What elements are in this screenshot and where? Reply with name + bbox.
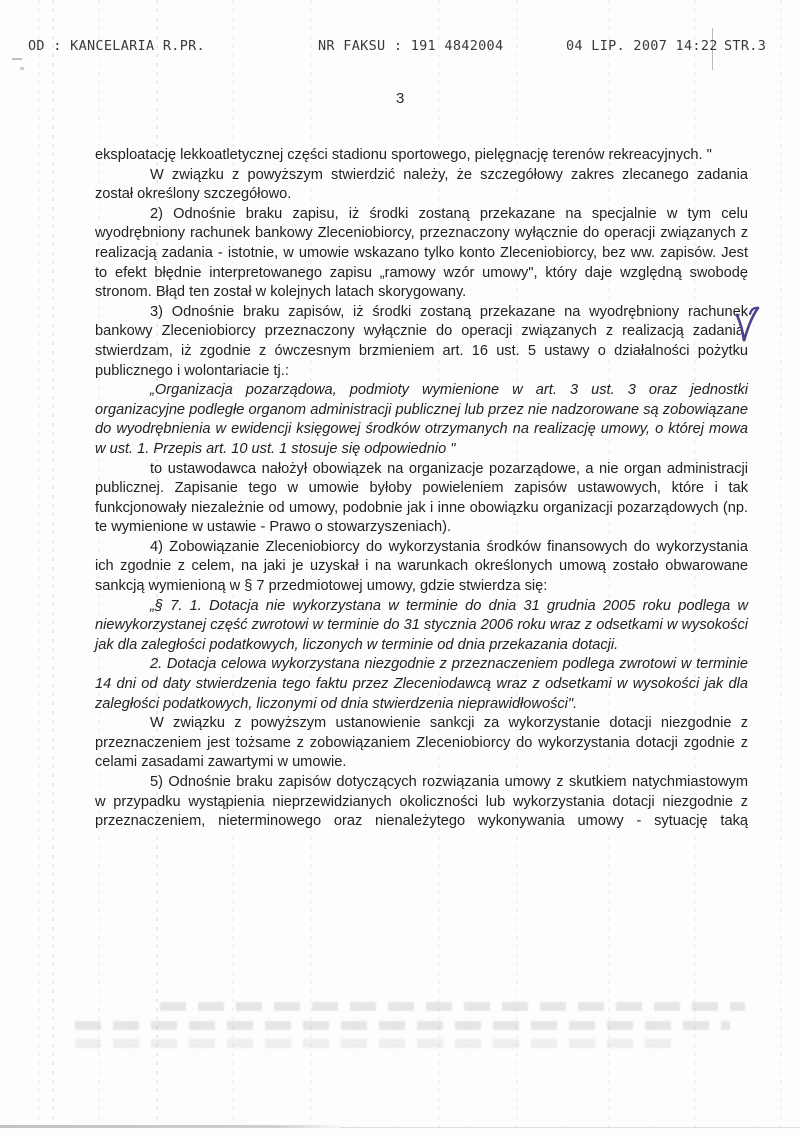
- fax-datetime: 04 LIP. 2007 14:22: [566, 38, 718, 54]
- contract-quote: 2. Dotacja celowa wykorzystana niezgodni…: [95, 655, 748, 714]
- fax-page: OD : KANCELARIA R.PR. NR FAKSU : 191 484…: [0, 0, 802, 1134]
- header-divider: [712, 28, 713, 70]
- paragraph: 3) Odnośnie braku zapisów, iż środki zos…: [95, 303, 748, 381]
- scan-edge-line: [340, 1127, 800, 1128]
- fax-sender: OD : KANCELARIA R.PR.: [28, 38, 205, 54]
- ghost-line: [75, 1039, 675, 1048]
- fax-transmission-header: OD : KANCELARIA R.PR. NR FAKSU : 191 484…: [0, 0, 802, 70]
- paragraph: 2) Odnośnie braku zapisu, iż środki zost…: [95, 205, 748, 303]
- document-body: eksploatację lekkoatletycznej części sta…: [95, 146, 748, 832]
- scan-streak: [780, 0, 782, 1134]
- fax-number: NR FAKSU : 191 4842004: [318, 38, 503, 54]
- scan-streak: [66, 0, 68, 1134]
- paragraph: to ustawodawca nałożył obowiązek na orga…: [95, 460, 748, 538]
- paragraph: eksploatację lekkoatletycznej części sta…: [95, 146, 748, 166]
- handwritten-checkmark-icon: [733, 303, 765, 355]
- fax-page-indicator: STR.3: [724, 38, 766, 54]
- scan-edge-line: [0, 1125, 346, 1128]
- ghost-line: [75, 1021, 730, 1030]
- paragraph: 5) Odnośnie braku zapisów dotyczących ro…: [95, 773, 748, 832]
- paragraph: W związku z powyższym ustanowienie sankc…: [95, 714, 748, 773]
- ghost-line: [160, 1002, 745, 1011]
- paragraph: 4) Zobowiązanie Zleceniobiorcy do wykorz…: [95, 538, 748, 597]
- scan-streak: [52, 0, 54, 1134]
- contract-quote: „§ 7. 1. Dotacja nie wykorzystana w term…: [95, 597, 748, 656]
- statute-quote: „Organizacja pozarządowa, podmioty wymie…: [95, 381, 748, 459]
- page-number: 3: [396, 90, 404, 107]
- scan-streak: [38, 0, 40, 1134]
- paragraph: W związku z powyższym stwierdzić należy,…: [95, 166, 748, 205]
- scan-streak: [752, 0, 754, 1134]
